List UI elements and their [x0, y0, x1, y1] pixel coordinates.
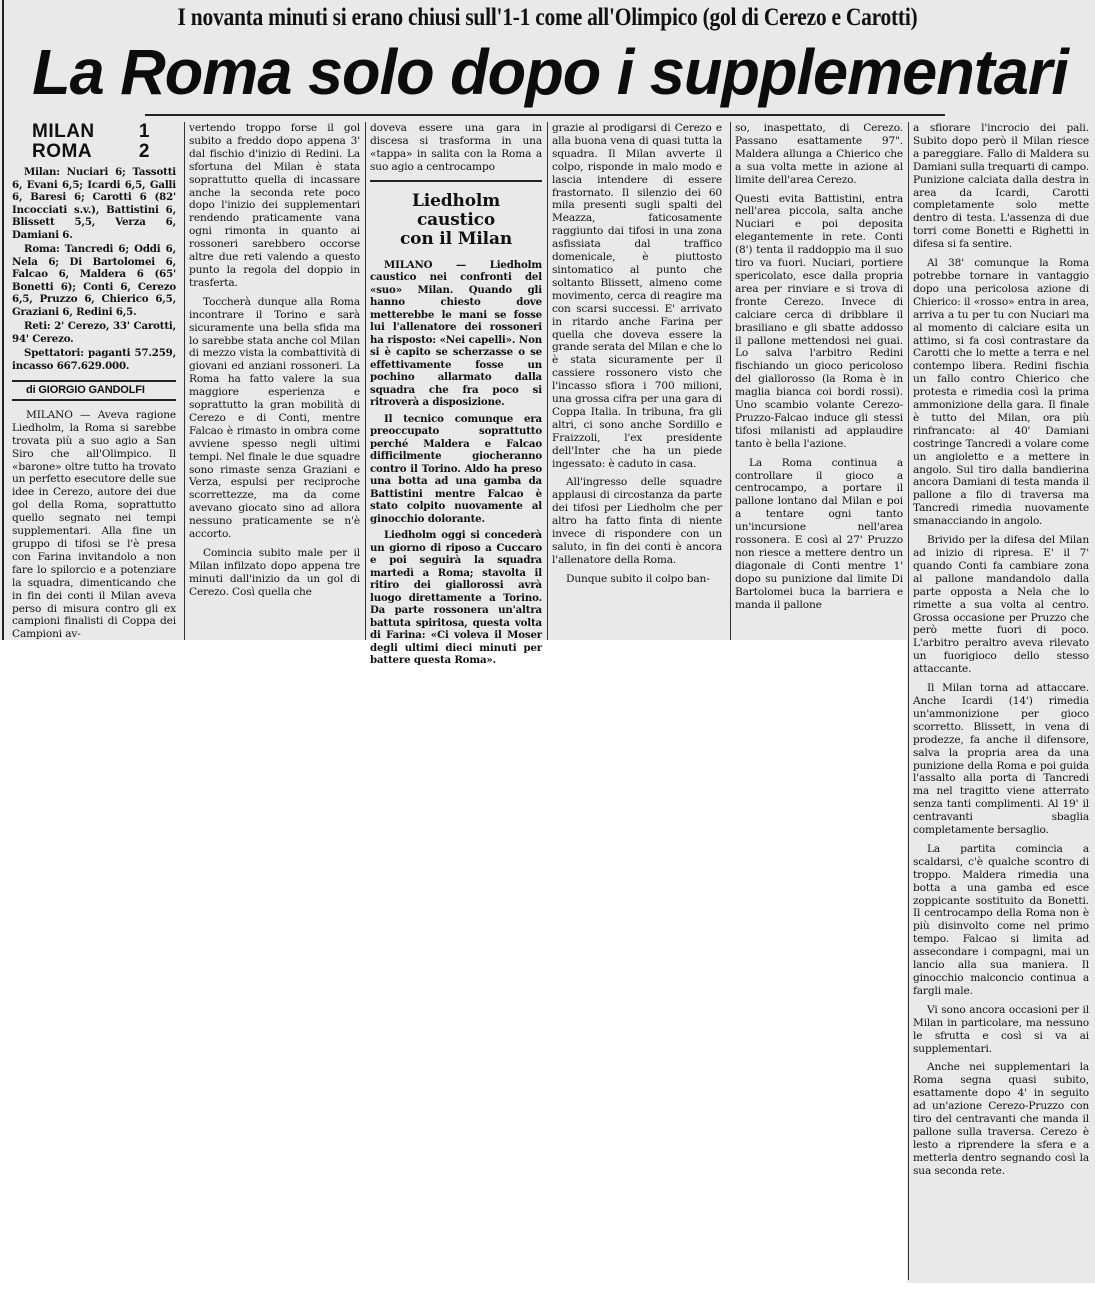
paragraph: a sfiorare l'incrocio dei pali. Subito d…: [913, 122, 1089, 251]
paragraph: grazie al prodigarsi di Cerezo e alla bu…: [552, 122, 722, 470]
column-divider: [365, 122, 366, 640]
paragraph: Brivido per la difesa del Milan ad inizi…: [913, 534, 1089, 676]
paragraph: Anche nei supplementari la Roma segna qu…: [913, 1061, 1089, 1177]
column-6: a sfiorare l'incrocio dei pali. Subito d…: [913, 122, 1089, 1178]
score-row-milan: MILAN 1: [12, 122, 176, 142]
team-name: ROMA: [32, 142, 92, 162]
paragraph: Toccherà dunque alla Roma incontrare il …: [189, 296, 360, 541]
left-border-rule: [2, 0, 4, 640]
paragraph: Il Milan torna ad attaccare. Anche Icard…: [913, 682, 1089, 837]
attendance: Spettatori: paganti 57.259, incasso 667.…: [12, 347, 176, 372]
score-row-roma: ROMA 2: [12, 142, 176, 162]
paragraph: Questi evita Battistini, entra nell'area…: [735, 193, 903, 451]
lineup-roma: Roma: Tancredi 6; Oddi 6, Nela 6; Di Bar…: [12, 243, 176, 318]
paragraph: so, inaspettato, di Cerezo. Passano esat…: [735, 122, 903, 187]
sidebar-title: Liedholm caustico con il Milan: [370, 192, 542, 249]
paragraph: All'ingresso delle squadre applausi di c…: [552, 476, 722, 566]
sidebar-title-line: Liedholm: [370, 192, 542, 211]
team-score: 1: [139, 122, 150, 142]
team-name: MILAN: [32, 122, 95, 142]
paragraph: vertendo troppo forse il gol subito a fr…: [189, 122, 360, 290]
sidebar-title-line: caustico: [370, 211, 542, 230]
headline-underline: [145, 114, 945, 116]
column-4: grazie al prodigarsi di Cerezo e alla bu…: [552, 122, 722, 586]
paragraph: La Roma continua a controllare il gioco …: [735, 457, 903, 612]
paragraph: Al 38' comunque la Roma potrebbe tornare…: [913, 257, 1089, 528]
main-headline: La Roma solo dopo i supplementari: [18, 40, 1082, 104]
paragraph: La partita comincia a scaldarsi, c'è qua…: [913, 843, 1089, 998]
team-score: 2: [139, 142, 150, 162]
sidebar-top-rule: [370, 180, 542, 182]
paragraph: Comincia subito male per il Milan infilz…: [189, 547, 360, 599]
paragraph: Dunque subito il colpo ban-: [552, 573, 722, 586]
match-lineups: Milan: Nuciari 6; Tassotti 6, Evani 6,5;…: [12, 166, 176, 372]
column-3: doveva essere una gara in discesa si tra…: [370, 122, 542, 667]
goals: Reti: 2' Cerezo, 33' Carotti, 94' Cerezo…: [12, 320, 176, 345]
sidebar-body: MILANO — Liedholm caustico nei confronti…: [370, 259, 542, 667]
column-5: so, inaspettato, di Cerezo. Passano esat…: [735, 122, 903, 612]
kicker-subheadline: I novanta minuti si erano chiusi sull'1-…: [77, 4, 1019, 32]
column-1: MILAN 1 ROMA 2 Milan: Nuciari 6; Tassott…: [12, 122, 176, 641]
lineup-milan: Milan: Nuciari 6; Tassotti 6, Evani 6,5;…: [12, 166, 176, 241]
paragraph: Vi sono ancora occasioni per il Milan in…: [913, 1004, 1089, 1056]
column-2: vertendo troppo forse il gol subito a fr…: [189, 122, 360, 599]
paragraph: MILANO — Liedholm caustico nei confronti…: [370, 259, 542, 409]
column-divider: [908, 122, 909, 1280]
column-divider: [730, 122, 731, 640]
column-divider: [184, 122, 185, 640]
paragraph: doveva essere una gara in discesa si tra…: [370, 122, 542, 174]
column-divider: [547, 122, 548, 640]
paragraph: Liedholm oggi si concederà un giorno di …: [370, 529, 542, 667]
paragraph: Il tecnico comunque era preoccupato sopr…: [370, 413, 542, 526]
paragraph: MILANO — Aveva ragione Liedholm, la Roma…: [12, 409, 176, 641]
sidebar-title-line: con il Milan: [370, 230, 542, 249]
byline: di GIORGIO GANDOLFI: [12, 380, 176, 401]
